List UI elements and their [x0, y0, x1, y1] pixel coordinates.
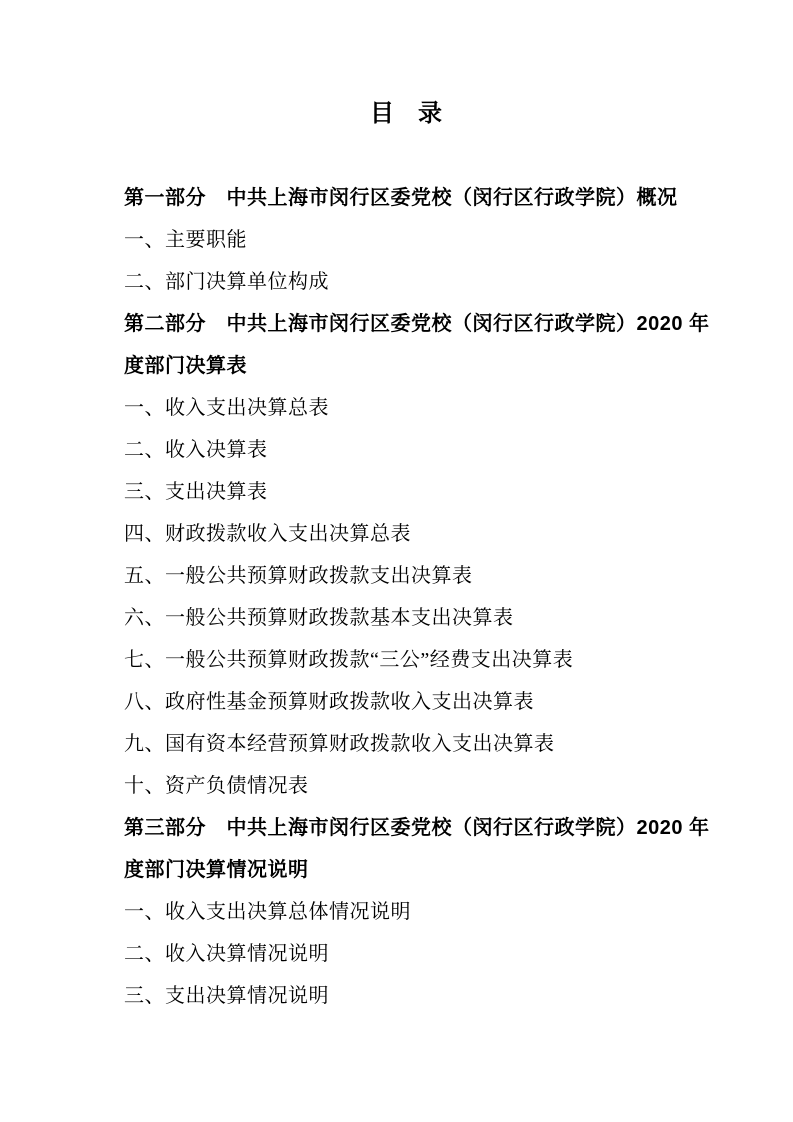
toc-item: 一、收入支出决算总体情况说明	[124, 891, 688, 933]
section-heading: 第三部分 中共上海市闵行区委党校（闵行区行政学院）2020 年	[124, 807, 688, 849]
table-of-contents: 第一部分 中共上海市闵行区委党校（闵行区行政学院）概况 一、主要职能 二、部门决…	[124, 177, 688, 1017]
toc-item: 三、支出决算表	[124, 471, 688, 513]
toc-item: 二、收入决算表	[124, 429, 688, 471]
toc-item: 一、收入支出决算总表	[124, 387, 688, 429]
toc-item: 七、一般公共预算财政拨款“三公”经费支出决算表	[124, 639, 688, 681]
toc-item: 一、主要职能	[124, 219, 688, 261]
toc-item: 三、支出决算情况说明	[124, 975, 688, 1017]
document-page: 目 录 第一部分 中共上海市闵行区委党校（闵行区行政学院）概况 一、主要职能 二…	[0, 0, 793, 1122]
toc-item: 四、财政拨款收入支出决算总表	[124, 513, 688, 555]
section-heading-continuation: 度部门决算表	[124, 345, 688, 387]
section-heading-continuation: 度部门决算情况说明	[124, 849, 688, 891]
toc-item: 九、国有资本经营预算财政拨款收入支出决算表	[124, 723, 688, 765]
toc-section-1: 第一部分 中共上海市闵行区委党校（闵行区行政学院）概况 一、主要职能 二、部门决…	[124, 177, 688, 303]
toc-item: 六、一般公共预算财政拨款基本支出决算表	[124, 597, 688, 639]
page-title: 目 录	[124, 96, 688, 132]
toc-item: 十、资产负债情况表	[124, 765, 688, 807]
section-heading: 第二部分 中共上海市闵行区委党校（闵行区行政学院）2020 年	[124, 303, 688, 345]
toc-section-2: 第二部分 中共上海市闵行区委党校（闵行区行政学院）2020 年 度部门决算表 一…	[124, 303, 688, 807]
toc-item: 二、部门决算单位构成	[124, 261, 688, 303]
toc-section-3: 第三部分 中共上海市闵行区委党校（闵行区行政学院）2020 年 度部门决算情况说…	[124, 807, 688, 1017]
section-heading: 第一部分 中共上海市闵行区委党校（闵行区行政学院）概况	[124, 177, 688, 219]
toc-item: 五、一般公共预算财政拨款支出决算表	[124, 555, 688, 597]
toc-item: 二、收入决算情况说明	[124, 933, 688, 975]
toc-item: 八、政府性基金预算财政拨款收入支出决算表	[124, 681, 688, 723]
